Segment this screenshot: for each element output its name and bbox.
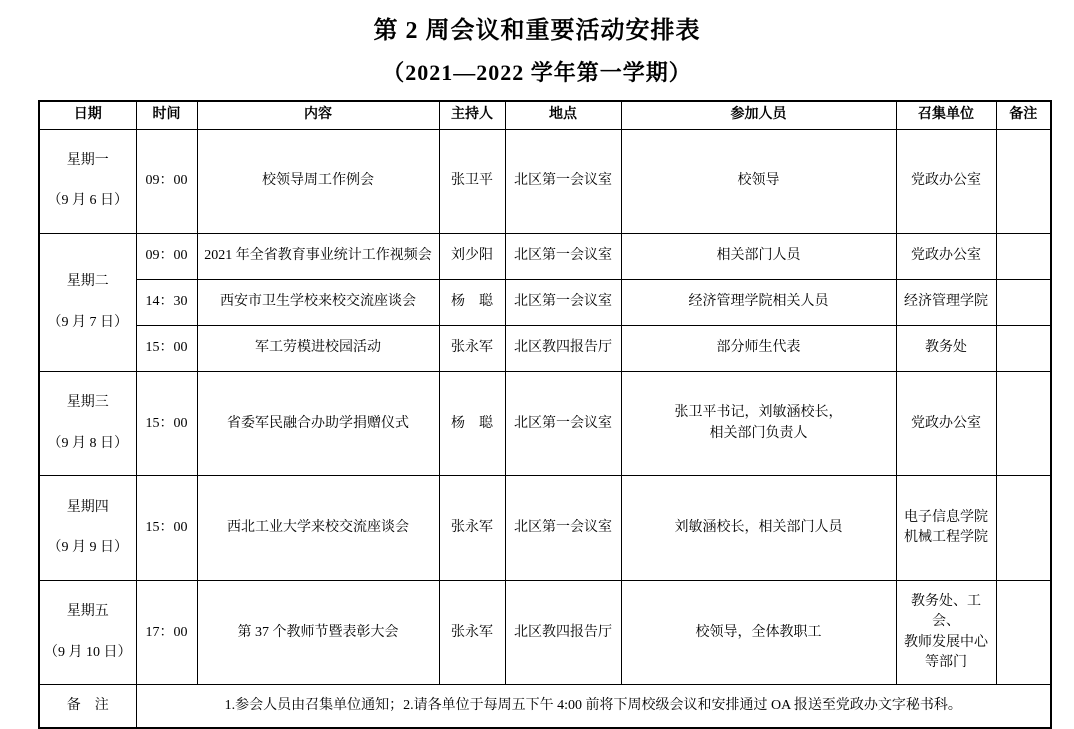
time-cell: 17：00 <box>136 580 197 684</box>
remark-row: 备 注 1.参会人员由召集单位通知；2.请各单位于每周五下午 4:00 前将下周… <box>39 685 1051 728</box>
location-cell: 北区第一会议室 <box>505 233 621 279</box>
location-cell: 北区第一会议室 <box>505 476 621 580</box>
organizer-cell: 经济管理学院 <box>896 279 996 325</box>
document-header: 第 2 周会议和重要活动安排表 （2021—2022 学年第一学期） <box>0 0 1074 88</box>
time-cell: 15：00 <box>136 325 197 371</box>
note-cell <box>996 129 1051 233</box>
organizer-cell: 党政办公室 <box>896 371 996 475</box>
remark-text-cell: 1.参会人员由召集单位通知；2.请各单位于每周五下午 4:00 前将下周校级会议… <box>136 685 1051 728</box>
time-cell: 15：00 <box>136 371 197 475</box>
day-cell: 星期三 （9 月 8 日） <box>39 371 136 475</box>
column-header-location: 地点 <box>505 101 621 129</box>
column-header-note: 备注 <box>996 101 1051 129</box>
column-header-participants: 参加人员 <box>621 101 896 129</box>
organizer-cell: 党政办公室 <box>896 129 996 233</box>
table-row: 15：00 军工劳模进校园活动 张永军 北区教四报告厅 部分师生代表 教务处 <box>39 325 1051 371</box>
participants-cell: 刘敏涵校长，相关部门人员 <box>621 476 896 580</box>
location-cell: 北区教四报告厅 <box>505 580 621 684</box>
day-cell: 星期四 （9 月 9 日） <box>39 476 136 580</box>
participants-cell: 校领导 <box>621 129 896 233</box>
date-label: （9 月 9 日） <box>42 538 134 558</box>
organizer-cell: 教务处 <box>896 325 996 371</box>
day-label: 星期三 <box>42 393 134 413</box>
table-row: 星期三 （9 月 8 日） 15：00 省委军民融合办助学捐赠仪式 杨 聪 北区… <box>39 371 1051 475</box>
participants-cell: 相关部门人员 <box>621 233 896 279</box>
note-cell <box>996 476 1051 580</box>
day-label: 星期一 <box>42 151 134 171</box>
content-cell: 省委军民融合办助学捐赠仪式 <box>197 371 439 475</box>
note-cell <box>996 325 1051 371</box>
table-header-row: 日期 时间 内容 主持人 地点 参加人员 召集单位 备注 <box>39 101 1051 129</box>
date-label: （9 月 10 日） <box>42 643 134 663</box>
host-cell: 张永军 <box>439 325 505 371</box>
table-row: 星期四 （9 月 9 日） 15：00 西北工业大学来校交流座谈会 张永军 北区… <box>39 476 1051 580</box>
participants-cell: 部分师生代表 <box>621 325 896 371</box>
content-cell: 西北工业大学来校交流座谈会 <box>197 476 439 580</box>
organizer-cell: 教务处、工会、 教师发展中心 等部门 <box>896 580 996 684</box>
note-cell <box>996 371 1051 475</box>
date-label: （9 月 8 日） <box>42 434 134 454</box>
location-cell: 北区教四报告厅 <box>505 325 621 371</box>
host-cell: 张卫平 <box>439 129 505 233</box>
table-row: 星期二 （9 月 7 日） 09：00 2021 年全省教育事业统计工作视频会 … <box>39 233 1051 279</box>
content-cell: 第 37 个教师节暨表彰大会 <box>197 580 439 684</box>
day-label: 星期四 <box>42 498 134 518</box>
content-cell: 2021 年全省教育事业统计工作视频会 <box>197 233 439 279</box>
day-label: 星期二 <box>42 272 134 292</box>
schedule-table: 日期 时间 内容 主持人 地点 参加人员 召集单位 备注 星期一 （9 月 6 … <box>38 100 1052 729</box>
time-cell: 14：30 <box>136 279 197 325</box>
host-cell: 刘少阳 <box>439 233 505 279</box>
table-row: 星期一 （9 月 6 日） 09：00 校领导周工作例会 张卫平 北区第一会议室… <box>39 129 1051 233</box>
table-row: 14：30 西安市卫生学校来校交流座谈会 杨 聪 北区第一会议室 经济管理学院相… <box>39 279 1051 325</box>
page-subtitle: （2021—2022 学年第一学期） <box>0 58 1074 88</box>
date-label: （9 月 7 日） <box>42 313 134 333</box>
column-header-date: 日期 <box>39 101 136 129</box>
content-cell: 军工劳模进校园活动 <box>197 325 439 371</box>
organizer-cell: 党政办公室 <box>896 233 996 279</box>
time-cell: 09：00 <box>136 233 197 279</box>
column-header-host: 主持人 <box>439 101 505 129</box>
day-cell: 星期二 （9 月 7 日） <box>39 233 136 371</box>
remark-label-cell: 备 注 <box>39 685 136 728</box>
page-title: 第 2 周会议和重要活动安排表 <box>0 15 1074 47</box>
content-cell: 西安市卫生学校来校交流座谈会 <box>197 279 439 325</box>
note-cell <box>996 233 1051 279</box>
location-cell: 北区第一会议室 <box>505 371 621 475</box>
day-cell: 星期一 （9 月 6 日） <box>39 129 136 233</box>
column-header-content: 内容 <box>197 101 439 129</box>
host-cell: 杨 聪 <box>439 371 505 475</box>
note-cell <box>996 580 1051 684</box>
time-cell: 09：00 <box>136 129 197 233</box>
column-header-organizer: 召集单位 <box>896 101 996 129</box>
participants-cell: 校领导，全体教职工 <box>621 580 896 684</box>
organizer-cell: 电子信息学院 机械工程学院 <box>896 476 996 580</box>
day-cell: 星期五 （9 月 10 日） <box>39 580 136 684</box>
day-label: 星期五 <box>42 602 134 622</box>
host-cell: 杨 聪 <box>439 279 505 325</box>
time-cell: 15：00 <box>136 476 197 580</box>
host-cell: 张永军 <box>439 580 505 684</box>
location-cell: 北区第一会议室 <box>505 129 621 233</box>
content-cell: 校领导周工作例会 <box>197 129 439 233</box>
location-cell: 北区第一会议室 <box>505 279 621 325</box>
table-row: 星期五 （9 月 10 日） 17：00 第 37 个教师节暨表彰大会 张永军 … <box>39 580 1051 684</box>
note-cell <box>996 279 1051 325</box>
column-header-time: 时间 <box>136 101 197 129</box>
participants-cell: 经济管理学院相关人员 <box>621 279 896 325</box>
host-cell: 张永军 <box>439 476 505 580</box>
date-label: （9 月 6 日） <box>42 191 134 211</box>
participants-cell: 张卫平书记，刘敏涵校长， 相关部门负责人 <box>621 371 896 475</box>
